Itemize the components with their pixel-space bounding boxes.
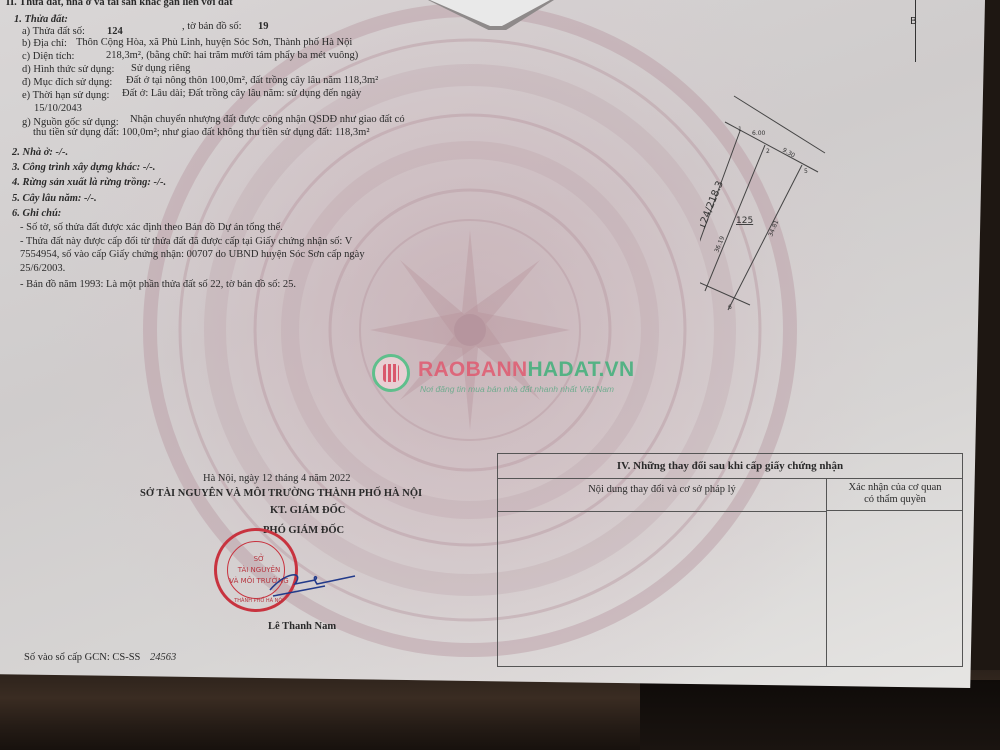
svg-text:9.30: 9.30 <box>781 147 796 160</box>
changes-table-header-content: Nội dung thay đổi và cơ sở pháp lý <box>498 479 826 512</box>
address-value: Thôn Cộng Hòa, xã Phù Linh, huyện Sóc Sơ… <box>76 37 352 49</box>
map-sheet-label: , tờ bản đồ số: <box>182 21 242 33</box>
land-heading: 1. Thửa đất: <box>14 14 68 26</box>
svg-text:34.81: 34.81 <box>767 219 780 238</box>
margin-line <box>915 0 916 62</box>
changes-table-title: IV. Những thay đổi sau khi cấp giấy chứn… <box>498 454 962 479</box>
note-line: - Bản đồ năm 1993: Là một phần thửa đất … <box>20 279 296 291</box>
note-line: 25/6/2003. <box>20 263 65 275</box>
origin-value-2: thu tiền sử dụng đất: 100,0m²; như giao … <box>33 127 370 139</box>
desk-shadow <box>640 680 1000 750</box>
form-value: Sử dụng riêng <box>131 63 190 75</box>
form-label: d) Hình thức sử dụng: <box>22 64 114 76</box>
point-label: 5 <box>804 168 808 175</box>
point-label: 6 <box>728 304 732 311</box>
issue-date: Hà Nội, ngày 12 tháng 4 năm 2022 <box>203 473 351 485</box>
watermark-tagline: Nơi đăng tin mua bán nhà đất nhanh nhất … <box>420 384 614 394</box>
point-label: 1 <box>738 126 742 133</box>
watermark-brand: RAOBANNHADAT.VN <box>418 358 634 382</box>
changes-table: IV. Những thay đổi sau khi cấp giấy chứn… <box>497 453 963 667</box>
term-label: e) Thời hạn sử dụng: <box>22 90 109 102</box>
area-label: c) Diện tích: <box>22 51 74 63</box>
table-divider <box>826 511 827 667</box>
parcel-diagram: 1 2 5 6 6.00 9.30 124/218.3 125 36.19 34… <box>700 95 840 315</box>
signer-name: Lê Thanh Nam <box>268 621 336 633</box>
registry-label: Số vào sổ cấp GCN: CS-SS <box>24 652 140 664</box>
neighbor-label: 125 <box>736 216 753 226</box>
watermark-logo-icon <box>372 354 410 392</box>
section-header: II. Thửa đất, nhà ở và tài sản khác gắn … <box>6 0 233 8</box>
parcel-label: 124/218.3 <box>700 180 726 231</box>
area-value: 218,3m², (bằng chữ: hai trăm mười tám ph… <box>106 50 358 62</box>
purpose-label: đ) Mục đích sử dụng: <box>22 77 112 89</box>
margin-letter: B <box>910 16 917 27</box>
address-label: b) Địa chỉ: <box>22 38 67 50</box>
site-watermark: RAOBANNHADAT.VN Nơi đăng tin mua bán nhà… <box>372 352 662 402</box>
signature-scribble <box>265 562 365 602</box>
svg-text:6.00: 6.00 <box>752 130 766 137</box>
term-value: Đất ở: Lâu dài; Đất trồng cây lâu năm: s… <box>122 88 361 100</box>
other-works-item: 3. Công trình xây dựng khác: -/-. <box>12 162 155 174</box>
issuing-agency: SỞ TÀI NGUYÊN VÀ MÔI TRƯỜNG THÀNH PHỐ HÀ… <box>140 488 422 500</box>
note-line: - Số tờ, số thửa đất được xác định theo … <box>20 222 283 234</box>
note-line: 7554954, số vào cấp Giấy chứng nhận: 007… <box>20 249 365 261</box>
perennial-item: 5. Cây lâu năm: -/-. <box>12 193 97 205</box>
term-value-2: 15/10/2043 <box>34 103 82 115</box>
house-item: 2. Nhà ở: -/-. <box>12 147 68 159</box>
note-line: - Thửa đất này được cấp đổi từ thửa đất … <box>20 236 352 248</box>
map-sheet-number: 19 <box>258 21 269 33</box>
origin-value: Nhận chuyển nhượng đất được công nhận QS… <box>130 114 405 126</box>
land-certificate-page: B II. Thửa đất, nhà ở và tài sản khác gắ… <box>0 0 985 688</box>
purpose-value: Đất ở tại nông thôn 100,0m², đất trồng c… <box>126 75 378 87</box>
forest-item: 4. Rừng sản xuất là rừng trồng: -/-. <box>12 177 166 189</box>
changes-table-header-authority: Xác nhận của cơ quan có thẩm quyền <box>826 479 963 511</box>
registry-number: 24563 <box>150 652 176 664</box>
signer-title: KT. GIÁM ĐỐC <box>270 505 345 517</box>
notes-heading: 6. Ghi chú: <box>12 208 61 220</box>
point-label: 2 <box>766 148 770 155</box>
